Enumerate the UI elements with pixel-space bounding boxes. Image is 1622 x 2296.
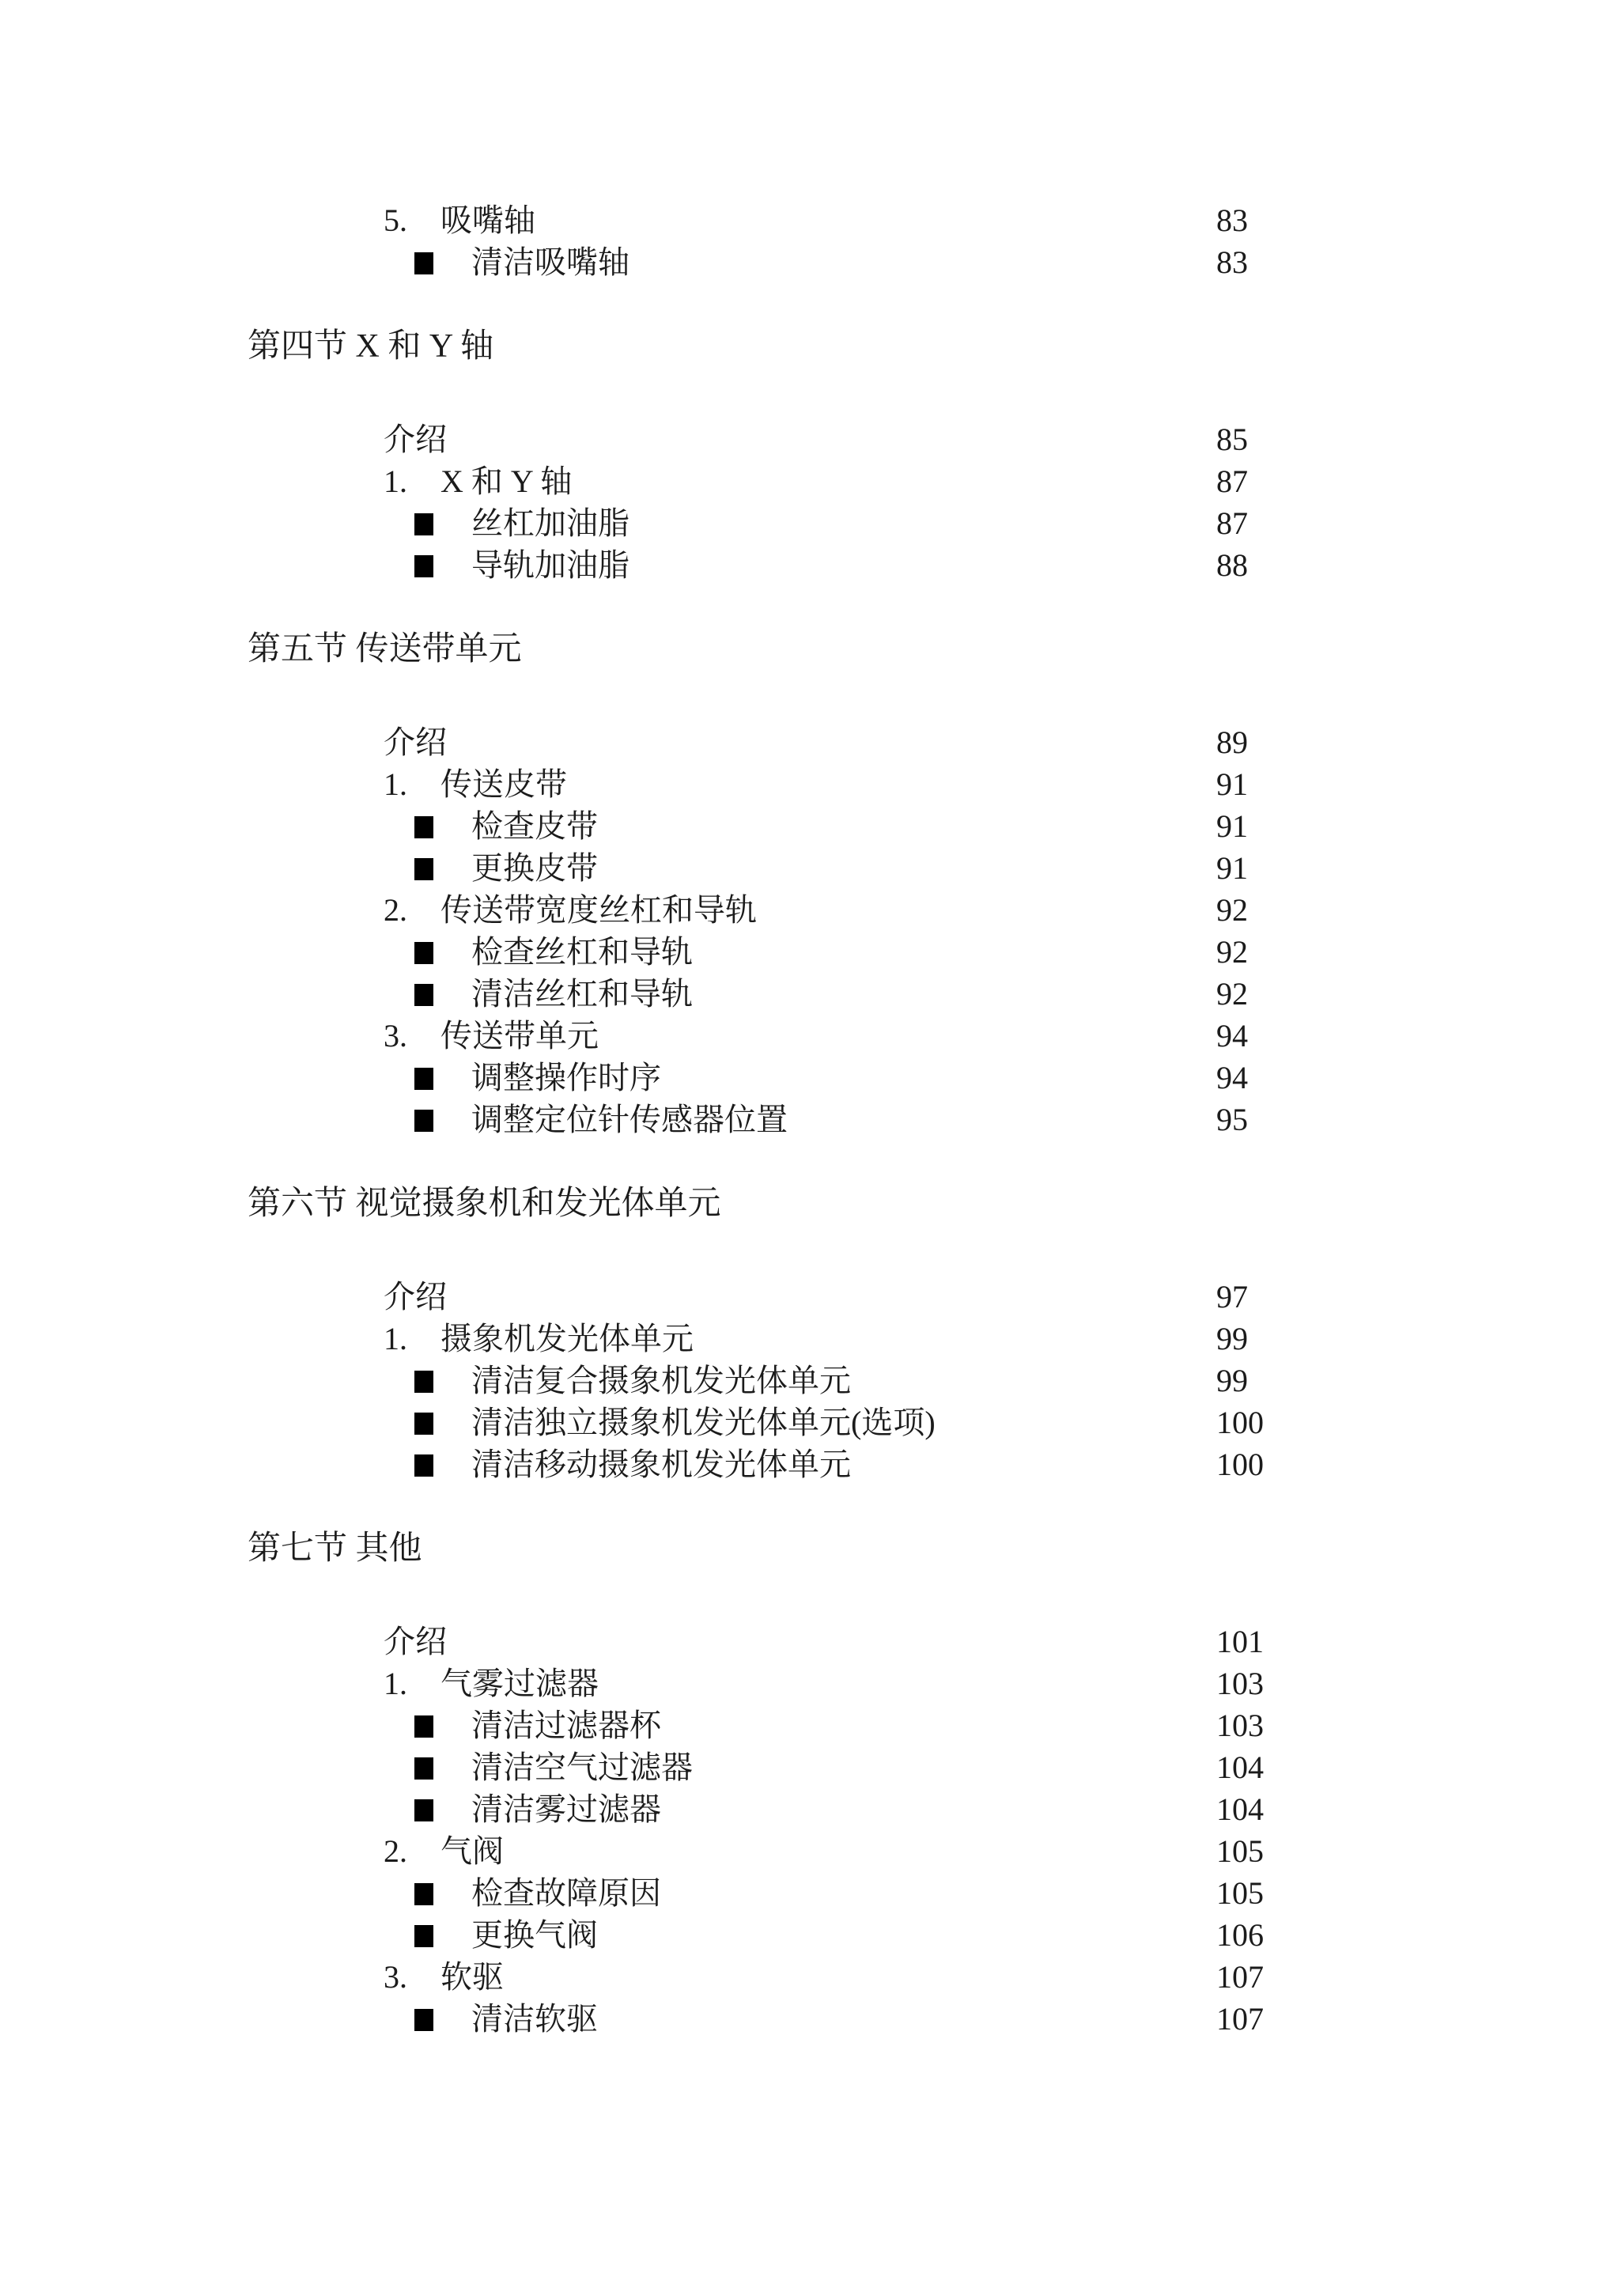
page-number: 99 (1216, 1360, 1248, 1401)
page-number: 92 (1216, 889, 1248, 931)
toc-entry: 检查故障原因 105 (0, 1872, 1622, 1914)
entry-text: 检查皮带 (471, 808, 598, 844)
entry-number: 5. (384, 199, 433, 241)
bullet-square-icon (414, 1454, 433, 1477)
toc-section-heading: 第七节 其他 (0, 1528, 1622, 1570)
bullet-square-icon (414, 1925, 433, 1947)
toc-entry: 更换气阀 106 (0, 1914, 1622, 1956)
toc-entry: 清洁空气过滤器 104 (0, 1746, 1622, 1788)
page-number: 95 (1216, 1099, 1248, 1140)
entry-number: 1. (384, 1318, 433, 1360)
entry-text: 传送带单元 (440, 1018, 599, 1053)
page-number: 92 (1216, 973, 1248, 1015)
toc-entry: 清洁移动摄象机发光体单元 100 (0, 1443, 1622, 1485)
toc-entry: 清洁独立摄象机发光体单元(选项) 100 (0, 1401, 1622, 1443)
entry-text: 清洁独立摄象机发光体单元(选项) (471, 1405, 936, 1440)
toc-entry: 1. 摄象机发光体单元 99 (0, 1318, 1622, 1360)
page-number: 101 (1216, 1621, 1264, 1662)
entry-text: 清洁丝杠和导轨 (471, 976, 693, 1012)
page-number: 83 (1216, 241, 1248, 283)
page-number: 89 (1216, 721, 1248, 763)
entry-number: 1. (384, 1662, 433, 1704)
entry-text: 丝杠加油脂 (471, 505, 630, 541)
bullet-square-icon (414, 816, 433, 838)
toc-entry: 清洁雾过滤器 104 (0, 1788, 1622, 1830)
page-number: 100 (1216, 1401, 1264, 1443)
page-number: 85 (1216, 418, 1248, 460)
page-number: 88 (1216, 544, 1248, 586)
bullet-square-icon (414, 942, 433, 964)
bullet-square-icon (414, 1757, 433, 1780)
entry-text: 介绍 (384, 1279, 447, 1314)
toc-entry: 导轨加油脂 88 (0, 544, 1622, 586)
page-number: 106 (1216, 1914, 1264, 1956)
entry-text: 软驱 (440, 1959, 504, 1995)
page-number: 97 (1216, 1276, 1248, 1318)
bullet-square-icon (414, 1068, 433, 1090)
toc-entry: 3. 软驱 107 (0, 1956, 1622, 1998)
entry-number: 2. (384, 1830, 433, 1872)
page-number: 107 (1216, 1956, 1264, 1998)
page-number: 105 (1216, 1830, 1264, 1872)
page-number: 94 (1216, 1015, 1248, 1057)
entry-text: 调整定位针传感器位置 (471, 1102, 788, 1137)
page-number: 103 (1216, 1704, 1264, 1746)
toc-entry: 介绍 89 (0, 721, 1622, 763)
bullet-square-icon (414, 2009, 433, 2031)
entry-text: 调整操作时序 (471, 1060, 661, 1095)
toc-entry: 介绍 101 (0, 1621, 1622, 1662)
entry-text: 更换皮带 (471, 850, 598, 886)
entry-text: 清洁雾过滤器 (471, 1791, 661, 1827)
page-number: 94 (1216, 1057, 1248, 1099)
page-number: 99 (1216, 1318, 1248, 1360)
toc-entry: 调整操作时序 94 (0, 1057, 1622, 1099)
entry-number: 3. (384, 1956, 433, 1998)
entry-number: 1. (384, 763, 433, 805)
entry-text: 气雾过滤器 (440, 1666, 599, 1701)
toc-entry: 丝杠加油脂 87 (0, 502, 1622, 544)
toc-entry: 检查皮带 91 (0, 805, 1622, 847)
entry-text: 介绍 (384, 422, 447, 457)
entry-number: 1. (384, 460, 433, 502)
toc-entry: 3. 传送带单元 94 (0, 1015, 1622, 1057)
entry-number: 2. (384, 889, 433, 931)
toc-section-heading: 第四节 X 和 Y 轴 (0, 326, 1622, 368)
entry-text: 传送带宽度丝杠和导轨 (440, 892, 757, 928)
entry-text: 第五节 传送带单元 (248, 631, 522, 668)
entry-text: 摄象机发光体单元 (440, 1321, 694, 1356)
toc-entry: 清洁软驱 107 (0, 1998, 1622, 2040)
toc-entry: 清洁丝杠和导轨 92 (0, 973, 1622, 1015)
bullet-square-icon (414, 858, 433, 880)
toc-entry: 1. 传送皮带 91 (0, 763, 1622, 805)
entry-text: X 和 Y 轴 (440, 463, 572, 499)
toc-section-heading: 第五节 传送带单元 (0, 629, 1622, 671)
bullet-square-icon (414, 252, 433, 274)
entry-text: 清洁移动摄象机发光体单元 (471, 1447, 851, 1482)
toc-section-heading: 第六节 视觉摄象机和发光体单元 (0, 1183, 1622, 1225)
page-number: 91 (1216, 847, 1248, 889)
bullet-square-icon (414, 1413, 433, 1435)
entry-text: 检查故障原因 (471, 1875, 661, 1911)
toc-entry: 1. 气雾过滤器 103 (0, 1662, 1622, 1704)
page-number: 83 (1216, 199, 1248, 241)
toc-entry: 2. 传送带宽度丝杠和导轨 92 (0, 889, 1622, 931)
document-page: 5. 吸嘴轴 83 清洁吸嘴轴 83 第四节 X 和 Y 轴 介绍 85 1. … (0, 0, 1622, 2296)
entry-text: 清洁过滤器杯 (471, 1708, 661, 1743)
page-number: 87 (1216, 460, 1248, 502)
toc-entry: 清洁过滤器杯 103 (0, 1704, 1622, 1746)
toc-entry: 调整定位针传感器位置 95 (0, 1099, 1622, 1140)
bullet-square-icon (414, 513, 433, 535)
toc-entry: 1. X 和 Y 轴 87 (0, 460, 1622, 502)
page-number: 104 (1216, 1746, 1264, 1788)
page-number: 91 (1216, 805, 1248, 847)
entry-text: 清洁软驱 (471, 2001, 598, 2037)
page-number: 92 (1216, 931, 1248, 973)
entry-text: 导轨加油脂 (471, 547, 630, 583)
toc-entry: 介绍 85 (0, 418, 1622, 460)
page-number: 105 (1216, 1872, 1264, 1914)
bullet-square-icon (414, 1799, 433, 1821)
bullet-square-icon (414, 1110, 433, 1132)
toc-entry: 介绍 97 (0, 1276, 1622, 1318)
entry-text: 吸嘴轴 (440, 202, 535, 238)
entry-number: 3. (384, 1015, 433, 1057)
entry-text: 清洁空气过滤器 (471, 1749, 693, 1785)
toc-entry: 清洁复合摄象机发光体单元 99 (0, 1360, 1622, 1401)
toc: 5. 吸嘴轴 83 清洁吸嘴轴 83 第四节 X 和 Y 轴 介绍 85 1. … (0, 0, 1622, 2040)
page-number: 100 (1216, 1443, 1264, 1485)
toc-entry: 更换皮带 91 (0, 847, 1622, 889)
page-number: 87 (1216, 502, 1248, 544)
toc-entry: 2. 气阀 105 (0, 1830, 1622, 1872)
entry-text: 第七节 其他 (248, 1530, 422, 1567)
entry-text: 第六节 视觉摄象机和发光体单元 (248, 1186, 721, 1222)
toc-entry: 清洁吸嘴轴 83 (0, 241, 1622, 283)
entry-text: 第四节 X 和 Y 轴 (248, 328, 493, 365)
entry-text: 清洁复合摄象机发光体单元 (471, 1363, 851, 1398)
bullet-square-icon (414, 1883, 433, 1905)
bullet-square-icon (414, 555, 433, 577)
page-number: 91 (1216, 763, 1248, 805)
page-number: 104 (1216, 1788, 1264, 1830)
page-number: 103 (1216, 1662, 1264, 1704)
entry-text: 介绍 (384, 724, 447, 760)
toc-entry: 检查丝杠和导轨 92 (0, 931, 1622, 973)
bullet-square-icon (414, 1715, 433, 1738)
page-number: 107 (1216, 1998, 1264, 2040)
bullet-square-icon (414, 984, 433, 1006)
entry-text: 介绍 (384, 1624, 447, 1659)
bullet-square-icon (414, 1371, 433, 1393)
entry-text: 更换气阀 (471, 1917, 598, 1953)
entry-text: 检查丝杠和导轨 (471, 934, 693, 970)
entry-text: 清洁吸嘴轴 (471, 244, 630, 280)
entry-text: 传送皮带 (440, 766, 567, 802)
entry-text: 气阀 (440, 1833, 504, 1869)
toc-entry: 5. 吸嘴轴 83 (0, 199, 1622, 241)
